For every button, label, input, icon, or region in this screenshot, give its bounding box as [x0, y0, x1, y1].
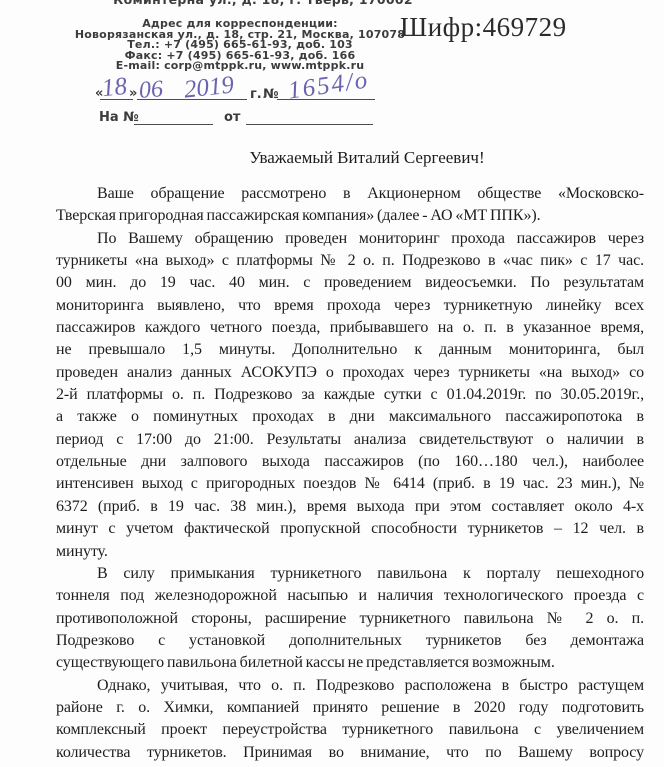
body-line: отдельные дни залпового выхода пассажиро… [56, 451, 644, 473]
body-line: пассажиров каждого четного поезда, прибы… [56, 317, 644, 339]
body-line: турникеты «на выход» с платформы № 2 о. … [56, 250, 644, 272]
body-line: тоннеля под железнодорожной насыпью и на… [56, 585, 644, 607]
body-line: не превышало 1,5 минуты. Дополнительно к… [56, 339, 644, 361]
body-line: 00 мин. до 19 час. 40 мин. с проведением… [56, 272, 644, 294]
body-line: период с 17:00 до 21:00. Результаты анал… [56, 429, 644, 451]
body-line: а также о поминутных проходах в дни макс… [56, 406, 644, 428]
body-line: Однако, учитывая, что о. п. Подрезково р… [56, 675, 644, 697]
body-line: комплексный проект переустройства турник… [56, 719, 644, 741]
body-line: противоположной стороны, расширение турн… [56, 608, 644, 630]
handwritten-month: 06 [138, 76, 164, 105]
body-line: интенсивен выход с пригородных поездов №… [56, 473, 644, 495]
body-line: количества турникетов. Принимая во внима… [56, 742, 644, 764]
date-month-year-blank-line [137, 99, 247, 100]
scanned-letter-page: Коминтерна ул., д. 18, г. Тверь, 170002 … [0, 0, 664, 767]
cipher-code: Шифр:469729 [400, 12, 567, 43]
body-line: районе г. о. Химки, компанией принято ре… [56, 697, 644, 719]
letterhead-tver-address-cut: Коминтерна ул., д. 18, г. Тверь, 170002 [73, 0, 453, 7]
body-line: По Вашему обращению проведен мониторинг … [56, 228, 644, 250]
letterhead-correspondence-block: Адрес для корреспонденции: Новорязанская… [60, 19, 420, 72]
reference-na-label: На № [99, 110, 139, 125]
letterhead-tver-address-text: Коминтерна ул., д. 18, г. Тверь, 170002 [73, 0, 453, 7]
greeting-line: Уважаемый Виталий Сергеевич! [73, 147, 661, 169]
reference-number-blank-line [134, 124, 213, 125]
body-line: В силу примыкания турникетного павильона… [56, 563, 644, 585]
body-line: мониторинга выявлено, что время прохода … [56, 295, 644, 317]
body-line: существующего павильона билетной кассы н… [56, 652, 644, 674]
body-line: минут с учетом фактической пропускной сп… [56, 518, 644, 540]
body-line: Ваше обращение рассмотрено в Акционерном… [56, 183, 644, 205]
reference-ot-label: от [224, 110, 240, 125]
body-line: 6372 (приб. в 19 час. 38 мин.), время вы… [56, 496, 644, 518]
year-suffix-label: г. [250, 87, 262, 102]
body-line: проведен анализ данных АСОКУПЭ о прохода… [56, 362, 644, 384]
body-line: минуту. [56, 541, 644, 563]
body-line: Тверская пригородная пассажирская компан… [56, 205, 644, 227]
date-day-blank-line [100, 99, 133, 100]
body-line: Подрезково с установкой дополнительных т… [56, 630, 644, 652]
letter-body: Уважаемый Виталий Сергеевич! Ваше обраще… [56, 147, 644, 764]
body-line: 2-й платформы о. п. Подрезково за каждые… [56, 384, 644, 406]
reference-date-blank-line [246, 124, 373, 125]
letter-paragraphs: Ваше обращение рассмотрено в Акционерном… [56, 183, 644, 764]
